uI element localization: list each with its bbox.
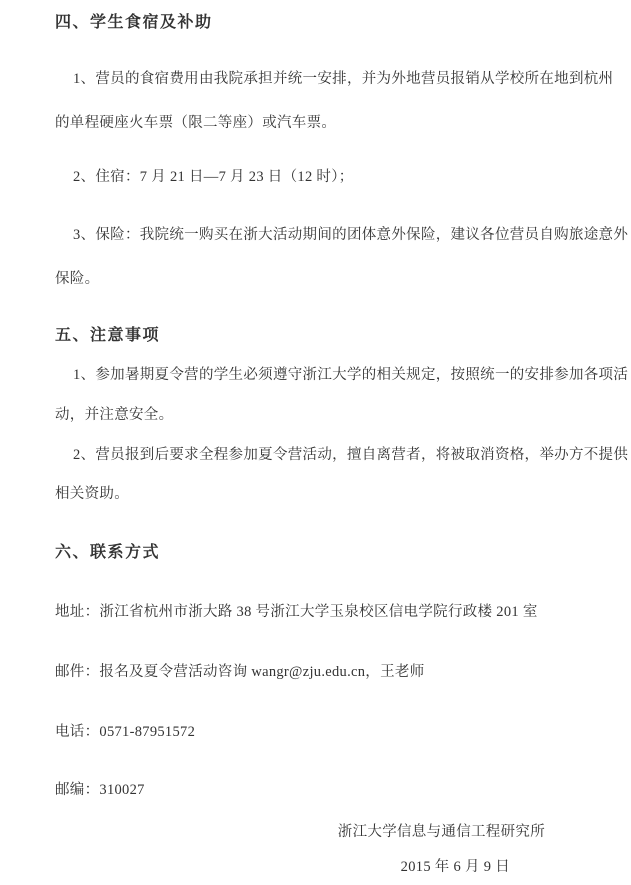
paragraph-line: 1、营员的食宿费用由我院承担并统一安排，并为外地营员报销从学校所在地到杭州: [55, 71, 613, 88]
paragraph-line: 相关资助。: [55, 486, 129, 503]
paragraph-line: 动，并注意安全。: [55, 407, 173, 424]
paragraph-line: 1、参加暑期夏令营的学生必须遵守浙江大学的相关规定，按照统一的安排参加各项活: [55, 367, 628, 384]
paragraph-line: 3、保险：我院统一购买在浙大活动期间的团体意外保险，建议各位营员自购旅途意外: [55, 227, 628, 244]
paragraph-line: 保险。: [55, 271, 99, 288]
section-heading-contact: 六、联系方式: [55, 544, 160, 562]
contact-postcode-line: 邮编：310027: [55, 782, 145, 799]
signature-date: 2015 年 6 月 9 日: [401, 859, 510, 876]
section-heading-notes: 五、注意事项: [55, 327, 160, 345]
paragraph-line: 2、住宿：7 月 21 日—7 月 23 日（12 时）；: [55, 169, 354, 186]
paragraph-line: 的单程硬座火车票（限二等座）或汽车票。: [55, 115, 336, 132]
section-heading-food-lodging: 四、学生食宿及补助: [55, 14, 213, 32]
signature-organization: 浙江大学信息与通信工程研究所: [338, 824, 545, 841]
contact-address-line: 地址：浙江省杭州市浙大路 38 号浙江大学玉泉校区信电学院行政楼 201 室: [55, 604, 538, 621]
contact-phone-line: 电话：0571-87951572: [55, 724, 195, 741]
document-page: 四、学生食宿及补助 1、营员的食宿费用由我院承担并统一安排，并为外地营员报销从学…: [0, 0, 631, 885]
contact-email-line: 邮件：报名及夏令营活动咨询 wangr@zju.edu.cn，王老师: [55, 664, 425, 681]
paragraph-line: 2、营员报到后要求全程参加夏令营活动，擅自离营者，将被取消资格，举办方不提供: [55, 447, 628, 464]
